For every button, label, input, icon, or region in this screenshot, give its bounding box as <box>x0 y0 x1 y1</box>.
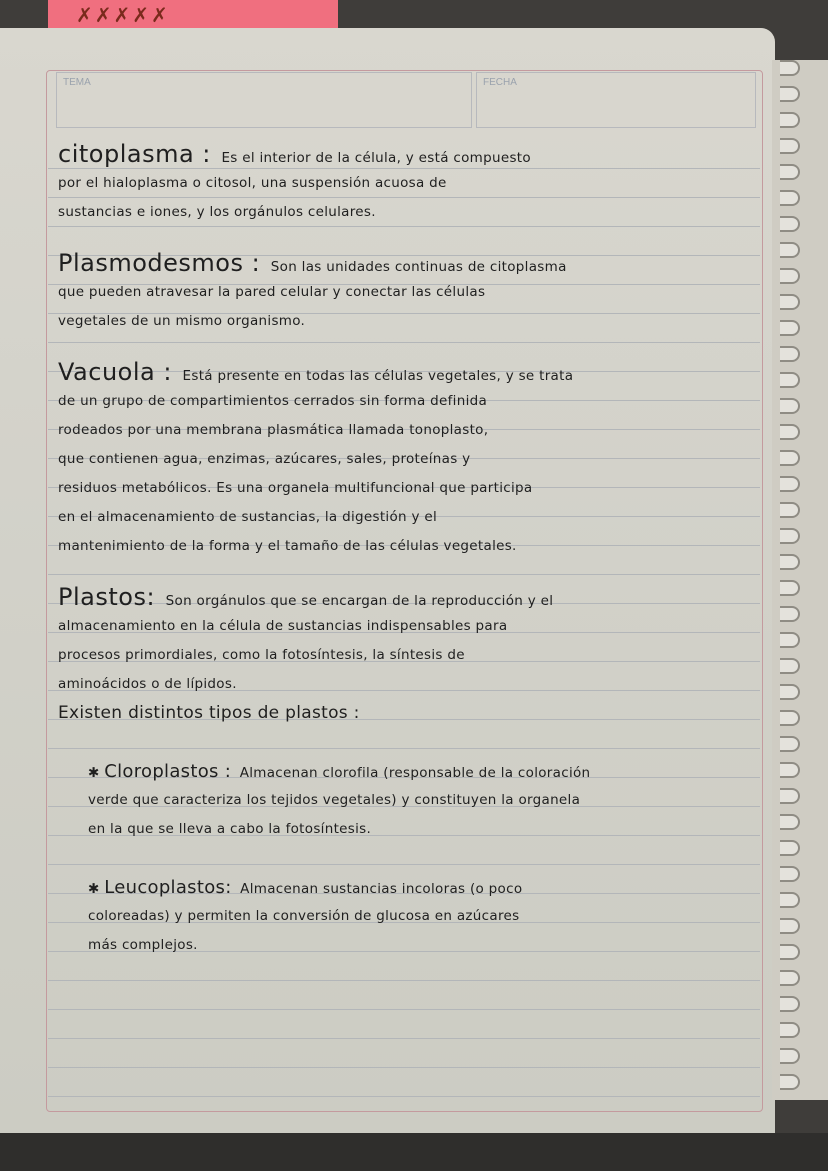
section-cloroplastos: ✱ Cloroplastos : Almacenan clorofila (re… <box>58 757 778 844</box>
heading-plasmodesmos: Plasmodesmos : <box>58 249 260 277</box>
section-leucoplastos: ✱ Leucoplastos: Almacenan sustancias inc… <box>58 873 778 960</box>
note-line: más complejos. <box>88 931 778 960</box>
spiral-ring <box>780 684 800 700</box>
note-line: de un grupo de compartimientos cerrados … <box>58 387 778 416</box>
spiral-ring <box>780 606 800 622</box>
section-citoplasma: citoplasma : Es el interior de la célula… <box>58 140 778 227</box>
spiral-ring <box>780 1074 800 1090</box>
note-line: Almacenan sustancias incoloras (o poco <box>240 881 522 897</box>
spiral-ring <box>780 866 800 882</box>
spiral-ring <box>780 632 800 648</box>
heading-plastos: Plastos: <box>58 583 155 611</box>
spiral-binding <box>772 60 828 1100</box>
spiral-ring <box>780 190 800 206</box>
spiral-ring <box>780 892 800 908</box>
note-line: Son orgánulos que se encargan de la repr… <box>166 593 554 609</box>
note-line: Almacenan clorofila (responsable de la c… <box>240 765 591 781</box>
sticky-tab: ✗✗✗✗✗ <box>48 0 338 30</box>
spiral-ring <box>780 1022 800 1038</box>
spiral-ring <box>780 476 800 492</box>
heading-vacuola: Vacuola : <box>58 358 172 386</box>
note-line: rodeados por una membrana plasmática lla… <box>58 416 778 445</box>
asterisk-bullet-icon: ✱ <box>88 881 100 897</box>
heading-citoplasma: citoplasma : <box>58 140 211 168</box>
section-plasmodesmos: Plasmodesmos : Son las unidades continua… <box>58 249 778 336</box>
section-vacuola: Vacuola : Está presente en todas las cél… <box>58 358 778 561</box>
note-line: en el almacenamiento de sustancias, la d… <box>58 503 778 532</box>
spiral-ring <box>780 112 800 128</box>
spiral-ring <box>780 346 800 362</box>
spiral-ring <box>780 996 800 1012</box>
spiral-ring <box>780 580 800 596</box>
spiral-ring <box>780 294 800 310</box>
note-line: Son las unidades continuas de citoplasma <box>271 259 567 275</box>
note-line: residuos metabólicos. Es una organela mu… <box>58 474 778 503</box>
asterisk-bullet-icon: ✱ <box>88 765 100 781</box>
notes-content: citoplasma : Es el interior de la célula… <box>58 140 778 960</box>
note-line: vegetales de un mismo organismo. <box>58 307 778 336</box>
note-line: aminoácidos o de lípidos. <box>58 670 778 699</box>
note-line: procesos primordiales, como la fotosínte… <box>58 641 778 670</box>
note-line: verde que caracteriza los tejidos vegeta… <box>88 786 778 815</box>
spiral-ring <box>780 736 800 752</box>
note-line: Existen distintos tipos de plastos : <box>58 699 778 728</box>
table-surface <box>0 1133 828 1171</box>
spiral-ring <box>780 762 800 778</box>
note-line: que pueden atravesar la pared celular y … <box>58 278 778 307</box>
spiral-ring <box>780 86 800 102</box>
note-line: Es el interior de la célula, y está comp… <box>221 150 530 166</box>
spiral-ring <box>780 502 800 518</box>
spiral-ring <box>780 216 800 232</box>
spiral-ring <box>780 554 800 570</box>
note-line: almacenamiento en la célula de sustancia… <box>58 612 778 641</box>
spiral-ring <box>780 944 800 960</box>
note-line: coloreadas) y permiten la conversión de … <box>88 902 778 931</box>
spiral-ring <box>780 268 800 284</box>
spiral-ring <box>780 1048 800 1064</box>
spiral-ring <box>780 710 800 726</box>
spiral-ring <box>780 320 800 336</box>
note-line: Está presente en todas las células veget… <box>183 368 574 384</box>
heading-cloroplastos: Cloroplastos : <box>104 761 231 782</box>
note-line: en la que se lleva a cabo la fotosíntesi… <box>88 815 778 844</box>
spiral-ring <box>780 450 800 466</box>
note-line: sustancias e iones, y los orgánulos celu… <box>58 198 778 227</box>
note-line: mantenimiento de la forma y el tamaño de… <box>58 532 778 561</box>
spiral-ring <box>780 164 800 180</box>
spiral-ring <box>780 788 800 804</box>
spiral-ring <box>780 138 800 154</box>
spiral-ring <box>780 658 800 674</box>
spiral-ring <box>780 424 800 440</box>
spiral-ring <box>780 814 800 830</box>
fecha-label: FECHA <box>483 77 517 88</box>
fecha-box: FECHA <box>476 72 756 128</box>
spiral-ring <box>780 840 800 856</box>
tema-box: TEMA <box>56 72 472 128</box>
spiral-ring <box>780 372 800 388</box>
spiral-ring <box>780 60 800 76</box>
section-plastos: Plastos: Son orgánulos que se encargan d… <box>58 583 778 728</box>
spiral-ring <box>780 528 800 544</box>
spiral-ring <box>780 398 800 414</box>
note-line: que contienen agua, enzimas, azúcares, s… <box>58 445 778 474</box>
tema-label: TEMA <box>63 77 91 88</box>
spiral-ring <box>780 970 800 986</box>
spiral-ring <box>780 242 800 258</box>
heading-leucoplastos: Leucoplastos: <box>104 877 231 898</box>
spiral-ring <box>780 918 800 934</box>
note-line: por el hialoplasma o citosol, una suspen… <box>58 169 778 198</box>
